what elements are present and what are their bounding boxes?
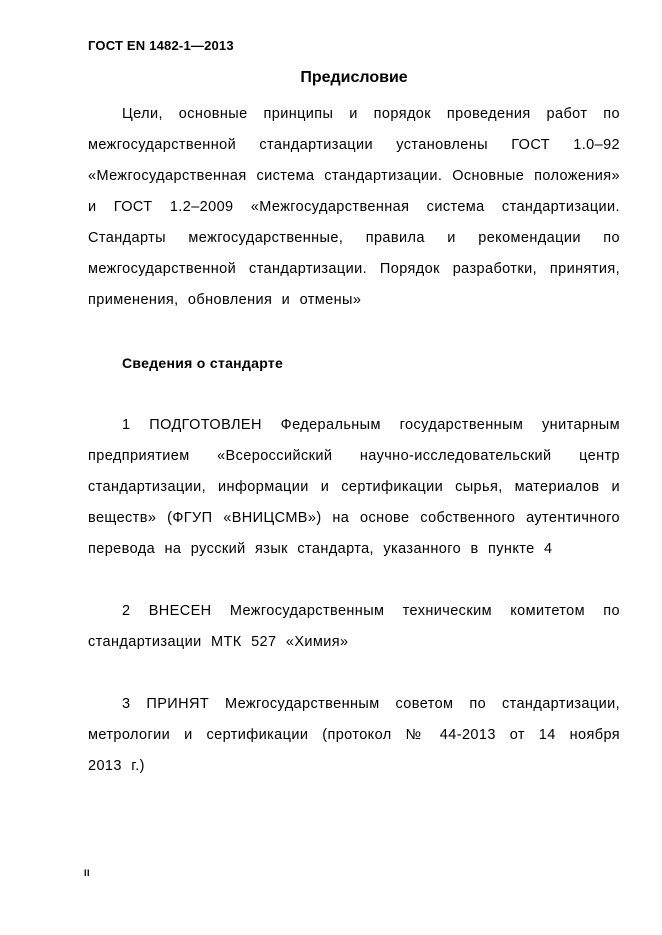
standard-info-heading: Сведения о стандарте xyxy=(88,348,620,379)
page-title: Предисловие xyxy=(88,68,620,87)
intro-paragraph: Цели, основные принципы и порядок провед… xyxy=(88,99,620,316)
standard-info-item-submitted: 2 ВНЕСЕН Межгосударственным техническим … xyxy=(88,596,620,658)
document-designation: ГОСТ EN 1482-1—2013 xyxy=(88,38,620,53)
page-content: ГОСТ EN 1482-1—2013 Предисловие Цели, ос… xyxy=(88,38,620,782)
standard-info-item-prepared: 1 ПОДГОТОВЛЕН Федеральным государственны… xyxy=(88,410,620,565)
page-number: II xyxy=(84,868,90,879)
standard-info-item-adopted: 3 ПРИНЯТ Межгосударственным советом по с… xyxy=(88,689,620,782)
document-page: ГОСТ EN 1482-1—2013 Предисловие Цели, ос… xyxy=(0,0,662,935)
